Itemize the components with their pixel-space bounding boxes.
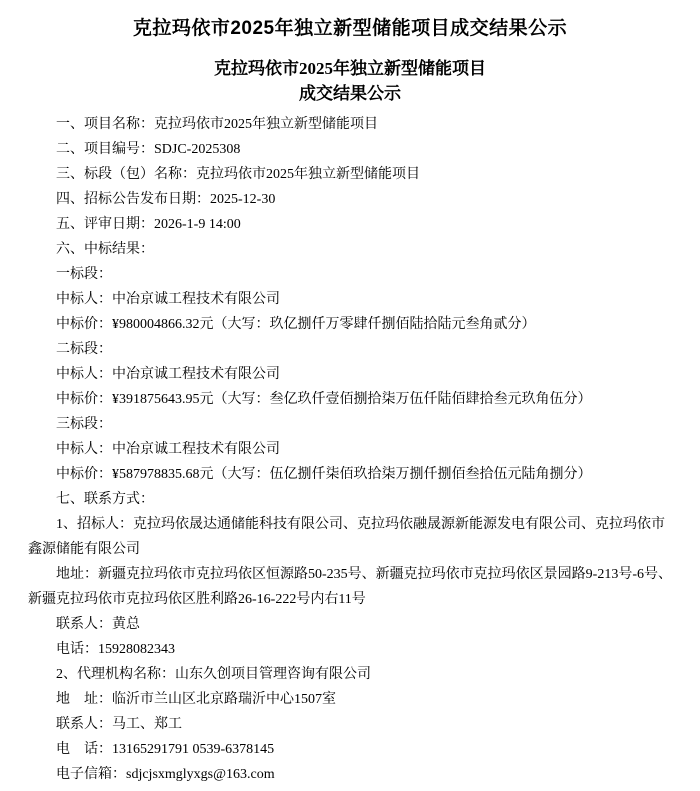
line-price-3: 中标价：¥587978835.68元（大写：伍亿捌仟柒佰玖拾柒万捌仟捌佰叁拾伍元… [28, 462, 672, 487]
line-agency-email: 电子信箱：sdjcjsxmglyxgs@163.com [28, 762, 672, 787]
announcement-heading: 克拉玛依市2025年独立新型储能项目 成交结果公示 [28, 56, 672, 106]
line-price-2: 中标价：¥391875643.95元（大写：叁亿玖仟壹佰捌拾柒万伍仟陆佰肆拾叁元… [28, 387, 672, 412]
line-section-name: 三、标段（包）名称：克拉玛依市2025年独立新型储能项目 [28, 162, 672, 187]
line-result-header: 六、中标结果： [28, 237, 672, 262]
line-bid-section-3: 三标段： [28, 412, 672, 437]
line-tenderer-contact: 联系人：黄总 [28, 612, 672, 637]
line-agency-contact: 联系人：马工、郑工 [28, 712, 672, 737]
line-price-1: 中标价：¥980004866.32元（大写：玖亿捌仟万零肆仟捌佰陆拾陆元叁角贰分… [28, 312, 672, 337]
line-project-number: 二、项目编号：SDJC-2025308 [28, 137, 672, 162]
announcement-heading-line1: 克拉玛依市2025年独立新型储能项目 [28, 56, 672, 81]
announcement-document: 克拉玛依市2025年独立新型储能项目成交结果公示 克拉玛依市2025年独立新型储… [0, 0, 700, 791]
line-bid-section-2: 二标段： [28, 337, 672, 362]
announcement-heading-line2: 成交结果公示 [28, 81, 672, 106]
page-title: 克拉玛依市2025年独立新型储能项目成交结果公示 [28, 16, 672, 42]
line-review-date: 五、评审日期：2026-1-9 14:00 [28, 212, 672, 237]
line-contact-header: 七、联系方式： [28, 487, 672, 512]
line-agency-phone: 电 话：13165291791 0539-6378145 [28, 737, 672, 762]
line-bid-section-1: 一标段： [28, 262, 672, 287]
line-winner-1: 中标人：中冶京诚工程技术有限公司 [28, 287, 672, 312]
line-project-name: 一、项目名称：克拉玛依市2025年独立新型储能项目 [28, 112, 672, 137]
line-winner-2: 中标人：中冶京诚工程技术有限公司 [28, 362, 672, 387]
line-agency-address: 地 址：临沂市兰山区北京路瑞沂中心1507室 [28, 687, 672, 712]
line-tenderer: 1、招标人：克拉玛依晟达通储能科技有限公司、克拉玛依融晟源新能源发电有限公司、克… [28, 512, 672, 562]
line-announce-date: 四、招标公告发布日期：2025-12-30 [28, 187, 672, 212]
document-body: 一、项目名称：克拉玛依市2025年独立新型储能项目 二、项目编号：SDJC-20… [28, 112, 672, 787]
line-tenderer-address: 地址：新疆克拉玛依市克拉玛依区恒源路50-235号、新疆克拉玛依市克拉玛依区景园… [28, 562, 672, 612]
line-tenderer-phone: 电话：15928082343 [28, 637, 672, 662]
line-agency-name: 2、代理机构名称：山东久创项目管理咨询有限公司 [28, 662, 672, 687]
line-winner-3: 中标人：中冶京诚工程技术有限公司 [28, 437, 672, 462]
